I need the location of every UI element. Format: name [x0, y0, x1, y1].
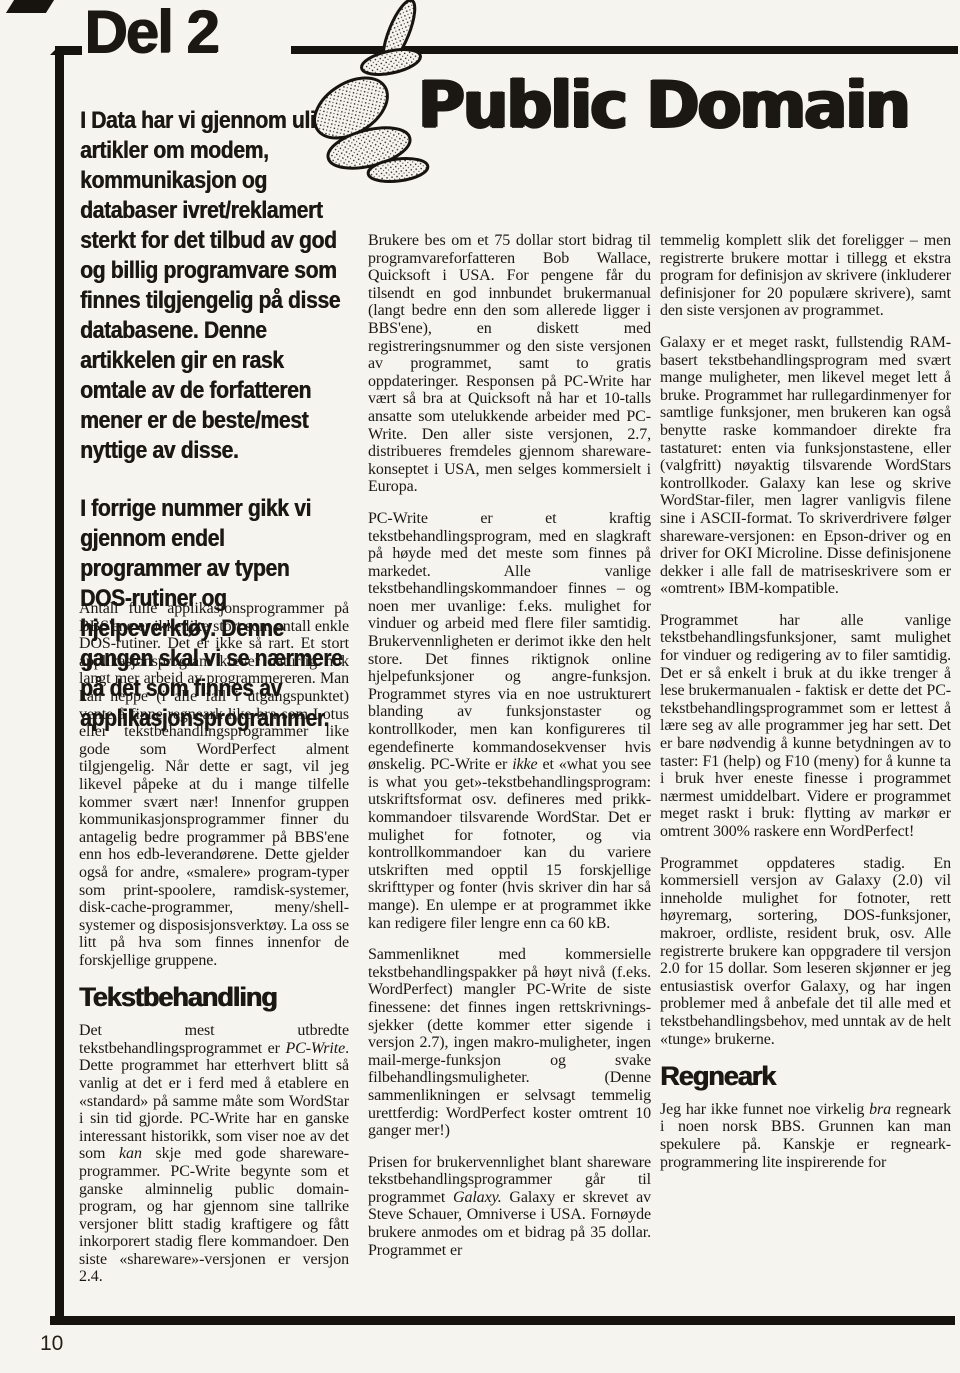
column-middle: Brukere bes om et 75 dollar stort bidrag… [368, 232, 651, 1273]
article-title: Public Domain [418, 74, 909, 138]
page-number: 10 [40, 1332, 63, 1356]
body-paragraph: temmelig komplett slik det foreligger – … [660, 232, 951, 320]
body-paragraph: Galaxy er et meget raskt, fullstendig RA… [660, 334, 951, 598]
section-heading: Regneark [660, 1062, 951, 1092]
column-right: temmelig komplett slik det foreligger – … [660, 232, 951, 1185]
body-paragraph: Programmet har alle vanlige tekstbehandl… [660, 612, 951, 841]
body-paragraph: Sammenliknet med kommersielle tekstbehan… [368, 946, 651, 1140]
body-paragraph: Det mest utbredte tekstbehandlingsprogra… [79, 1022, 349, 1286]
falling-disks-illustration [295, 0, 435, 198]
part-label: Del 2 [82, 2, 225, 62]
frame-left-rule [55, 46, 64, 1318]
magazine-page: Del 2 Public Domain I Data har vi gjenno… [0, 0, 960, 1373]
section-heading: Tekstbehandling [79, 983, 349, 1013]
column-left: Antall fulle applikasjonsprogrammer på B… [79, 600, 349, 1300]
body-paragraph: Jeg har ikke funnet noe virkelig bra reg… [660, 1101, 951, 1171]
body-paragraph: PC-Write er et kraftig tekstbehandlingsp… [368, 510, 651, 932]
body-paragraph: Prisen for brukervennlighet blant sharew… [368, 1154, 651, 1260]
body-paragraph: Programmet oppdateres stadig. En kommers… [660, 855, 951, 1049]
frame-bottom-rule [50, 1316, 955, 1325]
scan-artifact-mark [6, 0, 54, 13]
body-paragraph: Antall fulle applikasjonsprogrammer på B… [79, 600, 349, 969]
body-paragraph: Brukere bes om et 75 dollar stort bidrag… [368, 232, 651, 496]
